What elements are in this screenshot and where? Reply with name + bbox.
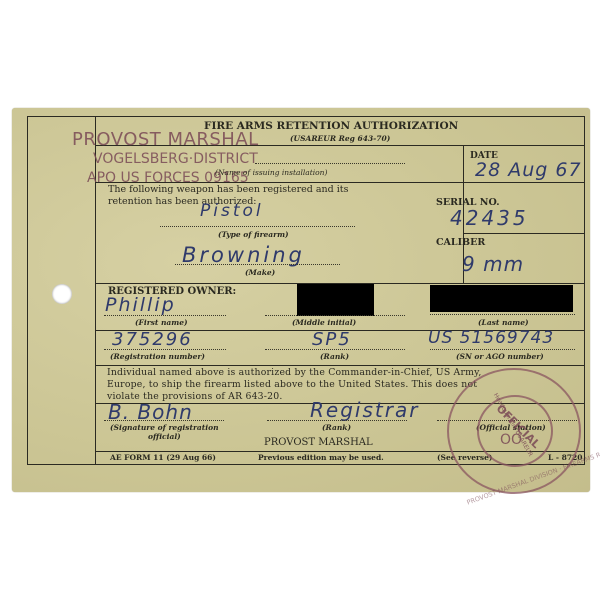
left-column-divider [95,116,96,465]
middle-initial-redaction [297,284,374,316]
registration-line [104,349,226,350]
form-regulation: (USAREUR Reg 643-70) [290,134,390,143]
type-label: (Type of firearm) [218,230,289,239]
middle-initial-label: (Middle initial) [292,318,356,327]
signature-line [104,420,224,421]
type-of-firearm-value: Pistol [200,201,264,221]
installation-label: (Name of issuing installation) [215,168,327,177]
serial-value: 42435 [450,206,529,230]
last-name-line [430,314,575,315]
signature-label-2: official) [148,432,181,441]
last-name-label: (Last name) [478,318,529,327]
statement-line-1: Individual named above is authorized by … [107,367,482,378]
first-name-value: Phillip [105,294,176,316]
intro-text-1: The following weapon has been registered… [108,184,349,195]
registration-number-label: (Registration number) [110,352,205,361]
date-value: 28 Aug 67 [475,159,582,181]
sn-line [430,349,575,350]
sn-label: (SN or AGO number) [456,352,544,361]
divider-serial [463,233,585,234]
make-line [175,264,340,265]
official-rank-value: Registrar [310,398,419,422]
signature-label-1: (Signature of registration [110,423,219,432]
type-line [160,226,355,227]
sn-number-value: US 51569743 [428,328,554,348]
first-name-line [104,315,226,316]
caliber-value: 9 mm [462,252,524,276]
middle-initial-line [265,315,405,316]
official-rank-label: (Rank) [322,423,351,432]
rank-value: SP5 [312,329,352,350]
form-number: AE FORM 11 (29 Aug 66) [110,453,216,462]
stamp-district: VOGELSBERG·DISTRICT [93,151,258,167]
installation-line [255,163,405,164]
previous-edition: Previous edition may be used. [258,453,384,462]
statement-line-2: Europe, to ship the firearm listed above… [107,379,477,390]
rank-line [265,349,405,350]
stamp-provost-marshal: PROVOST MARSHAL [72,129,259,150]
rank-label: (Rank) [320,352,349,361]
make-label: (Make) [245,268,275,277]
first-name-label: (First name) [135,318,188,327]
registration-number-value: 375296 [112,329,193,350]
official-rank-line [267,420,407,421]
caliber-label: CALIBER [436,237,485,248]
provost-marshal-footer: PROVOST MARSHAL [264,437,373,448]
last-name-redaction [430,285,573,312]
